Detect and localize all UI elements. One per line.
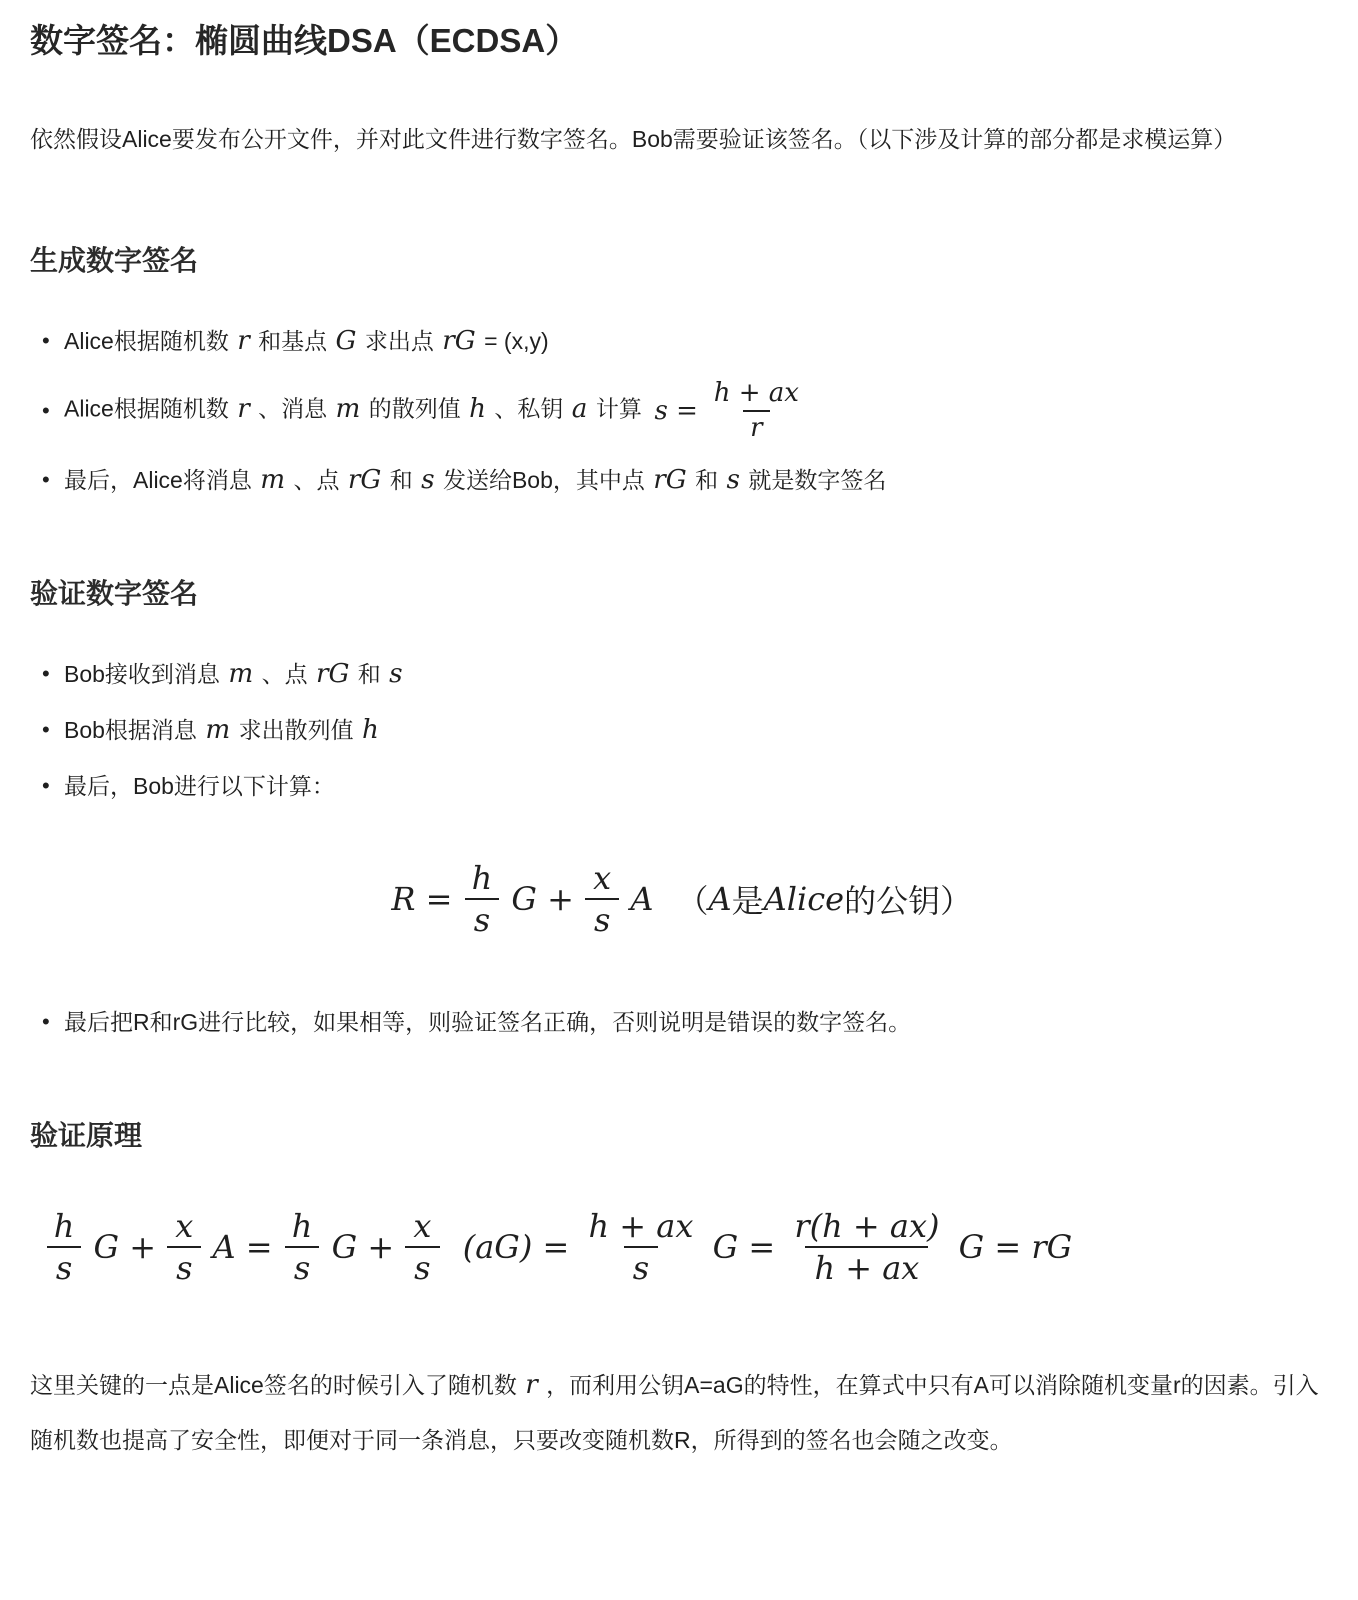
math-var: G [336,326,357,356]
text-run: 、点 [262,661,308,687]
page-title: 数字签名：椭圆曲线DSA（ECDSA） [30,18,1328,64]
list-item-text: 最后，Bob进行以下计算： [64,766,1328,806]
math-var: r [237,394,250,424]
text-run: 求出散列值 [239,717,354,743]
fraction: xs [584,858,620,940]
text-run: Bob根据消息 [64,717,197,743]
list-item: • Alice根据随机数r和基点G求出点rG= (x,y) [42,321,1328,361]
text-run: Bob接收到消息 [64,661,220,687]
fraction-denominator: h + ax [805,1246,928,1288]
closing-section: 这里关键的一点是Alice签名的时候引入了随机数r，而利用公钥A=aG的特性，在… [30,1358,1328,1468]
math-var: h [362,715,379,745]
list-item: • 最后，Alice将消息m、点rG和s发送给Bob，其中点rG和s就是数字签名 [42,460,1328,500]
fraction: h + axr [706,377,806,444]
formula-note-paren: （ [677,876,709,922]
section-heading-principle: 验证原理 [30,1114,1328,1154]
text-run: 、消息 [258,396,327,422]
fraction-denominator: s [465,898,499,940]
text-run: Alice根据随机数 [64,396,229,422]
text-run: 最后把R和rG进行比较，如果相等，则验证签名正确，否则说明是错误的数字签名。 [64,1009,911,1035]
bullet-icon: • [42,460,64,500]
math-var: Alice [764,880,844,918]
list-item-text: Bob根据消息m求出散列值h [64,710,1328,750]
text-run: 和 [358,661,381,687]
fraction: h + axs [580,1206,703,1288]
fraction: hs [45,1206,84,1288]
math-lhs: R = [391,880,452,918]
text-run: 就是数字签名 [748,467,886,493]
math-var: rG [316,659,349,689]
text-run: = (x,y) [484,328,549,354]
generate-steps-list: • Alice根据随机数r和基点G求出点rG= (x,y) • Alice根据随… [30,321,1328,500]
text-run: 最后，Bob进行以下计算： [64,773,335,799]
list-item-text: 最后把R和rG进行比较，如果相等，则验证签名正确，否则说明是错误的数字签名。 [64,1002,1328,1042]
text-run: 计算 [596,396,642,422]
fraction-numerator: r(h + ax) [785,1206,948,1246]
math-lhs: s = [654,391,697,431]
bullet-icon: • [42,710,64,750]
text-run: 这里关键的一点是Alice签名的时候引入了随机数 [30,1372,517,1398]
text-run: 和基点 [258,328,327,354]
bullet-icon: • [42,321,64,361]
verify-steps-list: • Bob接收到消息m、点rG和s • Bob根据消息m求出散列值h • 最后，… [30,654,1328,806]
math-op: G + [94,1228,157,1266]
text-run: 的散列值 [369,396,461,422]
fraction-denominator: s [585,898,619,940]
math-op: G + [511,880,574,918]
math-var: s [389,659,402,689]
text-run: 、点 [293,467,339,493]
math-var: a [572,394,588,424]
text-run: Alice根据随机数 [64,328,229,354]
math-var: h [469,394,486,424]
list-item: • 最后，Bob进行以下计算： [42,766,1328,806]
article-page: 数字签名：椭圆曲线DSA（ECDSA） 依然假设Alice要发布公开文件，并对此… [30,18,1328,1468]
fraction: hs [463,858,502,940]
intro-paragraph: 依然假设Alice要发布公开文件，并对此文件进行数字签名。Bob需要验证该签名。… [30,112,1328,167]
inline-formula-s: s =h + axr [650,377,810,444]
math-var: r [237,326,250,356]
bullet-icon: • [42,654,64,694]
formula-note-text: 的公钥） [844,876,972,922]
fraction-numerator: h [45,1206,84,1246]
formula-note-text: 是 [732,876,764,922]
bullet-icon: • [42,1002,64,1042]
bullet-icon: • [42,766,64,806]
bullet-icon: • [42,391,64,431]
fraction-numerator: x [404,1206,440,1246]
fraction-denominator: s [167,1246,201,1288]
list-item-text: Alice根据随机数r和基点G求出点rG= (x,y) [64,321,1328,361]
text-run: 最后，Alice将消息 [64,467,252,493]
fraction-denominator: s [285,1246,319,1288]
fraction-denominator: r [743,410,770,445]
math-var: s [726,465,739,495]
math-var: m [260,465,285,495]
list-item: • Alice根据随机数r、消息m的散列值h、私钥a计算s =h + axr [42,377,1328,444]
section-heading-verify: 验证数字签名 [30,572,1328,612]
fraction-numerator: h + ax [706,377,806,410]
math-op: G + [332,1228,395,1266]
math-var: r [525,1370,538,1400]
text-run: 和 [695,467,718,493]
math-op: G = [713,1228,776,1266]
fraction: r(h + ax)h + ax [785,1206,948,1288]
fraction-numerator: h + ax [580,1206,703,1246]
math-var: m [205,715,230,745]
text-run: 发送给Bob，其中点 [443,467,645,493]
math-var: rG [653,465,686,495]
list-item: • Bob根据消息m求出散列值h [42,710,1328,750]
text-run: 、私钥 [494,396,563,422]
text-run: 求出点 [365,328,434,354]
fraction-denominator: s [47,1246,81,1288]
principle-formula: hs G + xs A = hs G + xs (aG) = h + axs G… [30,1206,1328,1288]
list-item-text: Bob接收到消息m、点rG和s [64,654,1328,694]
section-heading-generate: 生成数字签名 [30,239,1328,279]
math-result: G = rG [959,1228,1073,1266]
list-item: • 最后把R和rG进行比较，如果相等，则验证签名正确，否则说明是错误的数字签名。 [42,1002,1328,1042]
math-var: rG [442,326,475,356]
fraction: hs [283,1206,322,1288]
closing-paragraph: 这里关键的一点是Alice签名的时候引入了随机数r，而利用公钥A=aG的特性，在… [30,1358,1328,1468]
list-item: • Bob接收到消息m、点rG和s [42,654,1328,694]
fraction: xs [166,1206,202,1288]
math-var: A [630,880,653,918]
verify-conclusion-list: • 最后把R和rG进行比较，如果相等，则验证签名正确，否则说明是错误的数字签名。 [30,1002,1328,1042]
fraction-numerator: x [166,1206,202,1246]
math-var: A [709,880,732,918]
text-run: 和 [390,467,413,493]
math-var: m [336,394,361,424]
fraction-numerator: h [283,1206,322,1246]
fraction-numerator: h [463,858,502,898]
list-item-text: 最后，Alice将消息m、点rG和s发送给Bob，其中点rG和s就是数字签名 [64,460,1328,500]
fraction-numerator: x [584,858,620,898]
math-group: (aG) = [463,1228,570,1266]
fraction: xs [404,1206,440,1288]
fraction-denominator: s [624,1246,658,1288]
fraction-denominator: s [405,1246,439,1288]
list-item-text: Alice根据随机数r、消息m的散列值h、私钥a计算s =h + axr [64,377,1328,444]
verification-formula: R = hs G + xs A （ A 是 Alice 的公钥） [30,858,1328,940]
math-var: m [228,659,253,689]
math-var: rG [348,465,381,495]
math-op: A = [213,1228,273,1266]
math-var: s [421,465,434,495]
